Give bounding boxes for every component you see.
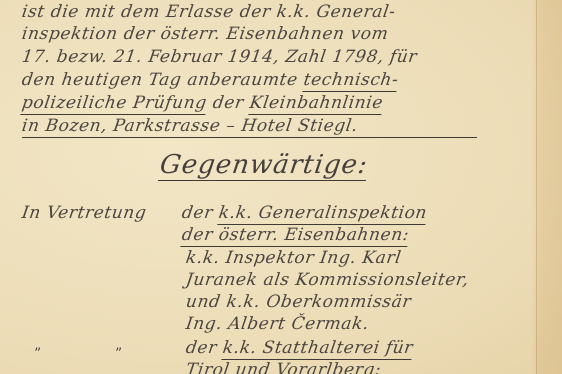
text: Ing. Albert Čermak. [185, 314, 371, 334]
ditto-mark: ” [115, 346, 122, 362]
underlined-text: k.k. Statthalterei für [221, 338, 414, 360]
text: der [181, 203, 221, 223]
underlined-text: Kleinbahnlinie [248, 93, 384, 115]
section-rule [22, 137, 477, 138]
attendee-line: Tirol und Vorarlberg: [185, 360, 383, 374]
intro-line-1: ist die mit dem Erlasse der k.k. General… [21, 2, 397, 22]
text: der [185, 338, 225, 358]
text: in Bozen, Parkstrasse – Hotel Stiegl. [21, 116, 360, 136]
intro-line-3: 17. bezw. 21. Februar 1914, Zahl 1798, f… [21, 47, 419, 67]
attendee-line: der k.k. Statthalterei für [185, 338, 415, 358]
attendee-line: der k.k. Generalinspektion [181, 203, 429, 223]
intro-line-4: den heutigen Tag anberaumte technisch- [21, 70, 400, 90]
text: Juranek als Kommissionsleiter, [185, 270, 471, 290]
page-edge [536, 0, 537, 374]
underlined-text: k.k. Generalinspektion [217, 203, 428, 225]
text: der [205, 93, 251, 113]
text: ist die mit dem Erlasse der k.k. General… [21, 2, 397, 22]
text: und k.k. Oberkommissär [185, 292, 413, 312]
section-heading: Gegenwärtige: [158, 150, 370, 181]
ditto-mark: ” [34, 346, 41, 362]
intro-line-2: inspektion der österr. Eisenbahnen vom [21, 24, 390, 44]
text: inspektion der österr. Eisenbahnen vom [21, 24, 390, 44]
text: 17. bezw. 21. Februar 1914, Zahl 1798, f… [21, 47, 419, 67]
text: Tirol und Vorarlberg: [185, 360, 383, 374]
underlined-text: technisch- [302, 70, 400, 92]
attendee-line: Juranek als Kommissionsleiter, [185, 270, 471, 290]
underlined-text: polizeiliche Prüfung [20, 93, 208, 115]
attendee-line: Ing. Albert Čermak. [185, 314, 371, 334]
text: In Vertretung [21, 203, 148, 223]
intro-line-6: in Bozen, Parkstrasse – Hotel Stiegl. [21, 116, 360, 136]
text: k.k. Inspektor Ing. Karl [185, 248, 403, 268]
attendee-label: In Vertretung [21, 203, 148, 223]
attendee-line: k.k. Inspektor Ing. Karl [185, 248, 403, 268]
text: den heutigen Tag anberaumte [21, 70, 306, 90]
underlined-text: der österr. Eisenbahnen: [180, 225, 410, 247]
attendee-line: der österr. Eisenbahnen: [181, 225, 411, 245]
intro-line-5: polizeiliche Prüfung der Kleinbahnlinie [21, 93, 385, 113]
attendee-line: und k.k. Oberkommissär [185, 292, 413, 312]
